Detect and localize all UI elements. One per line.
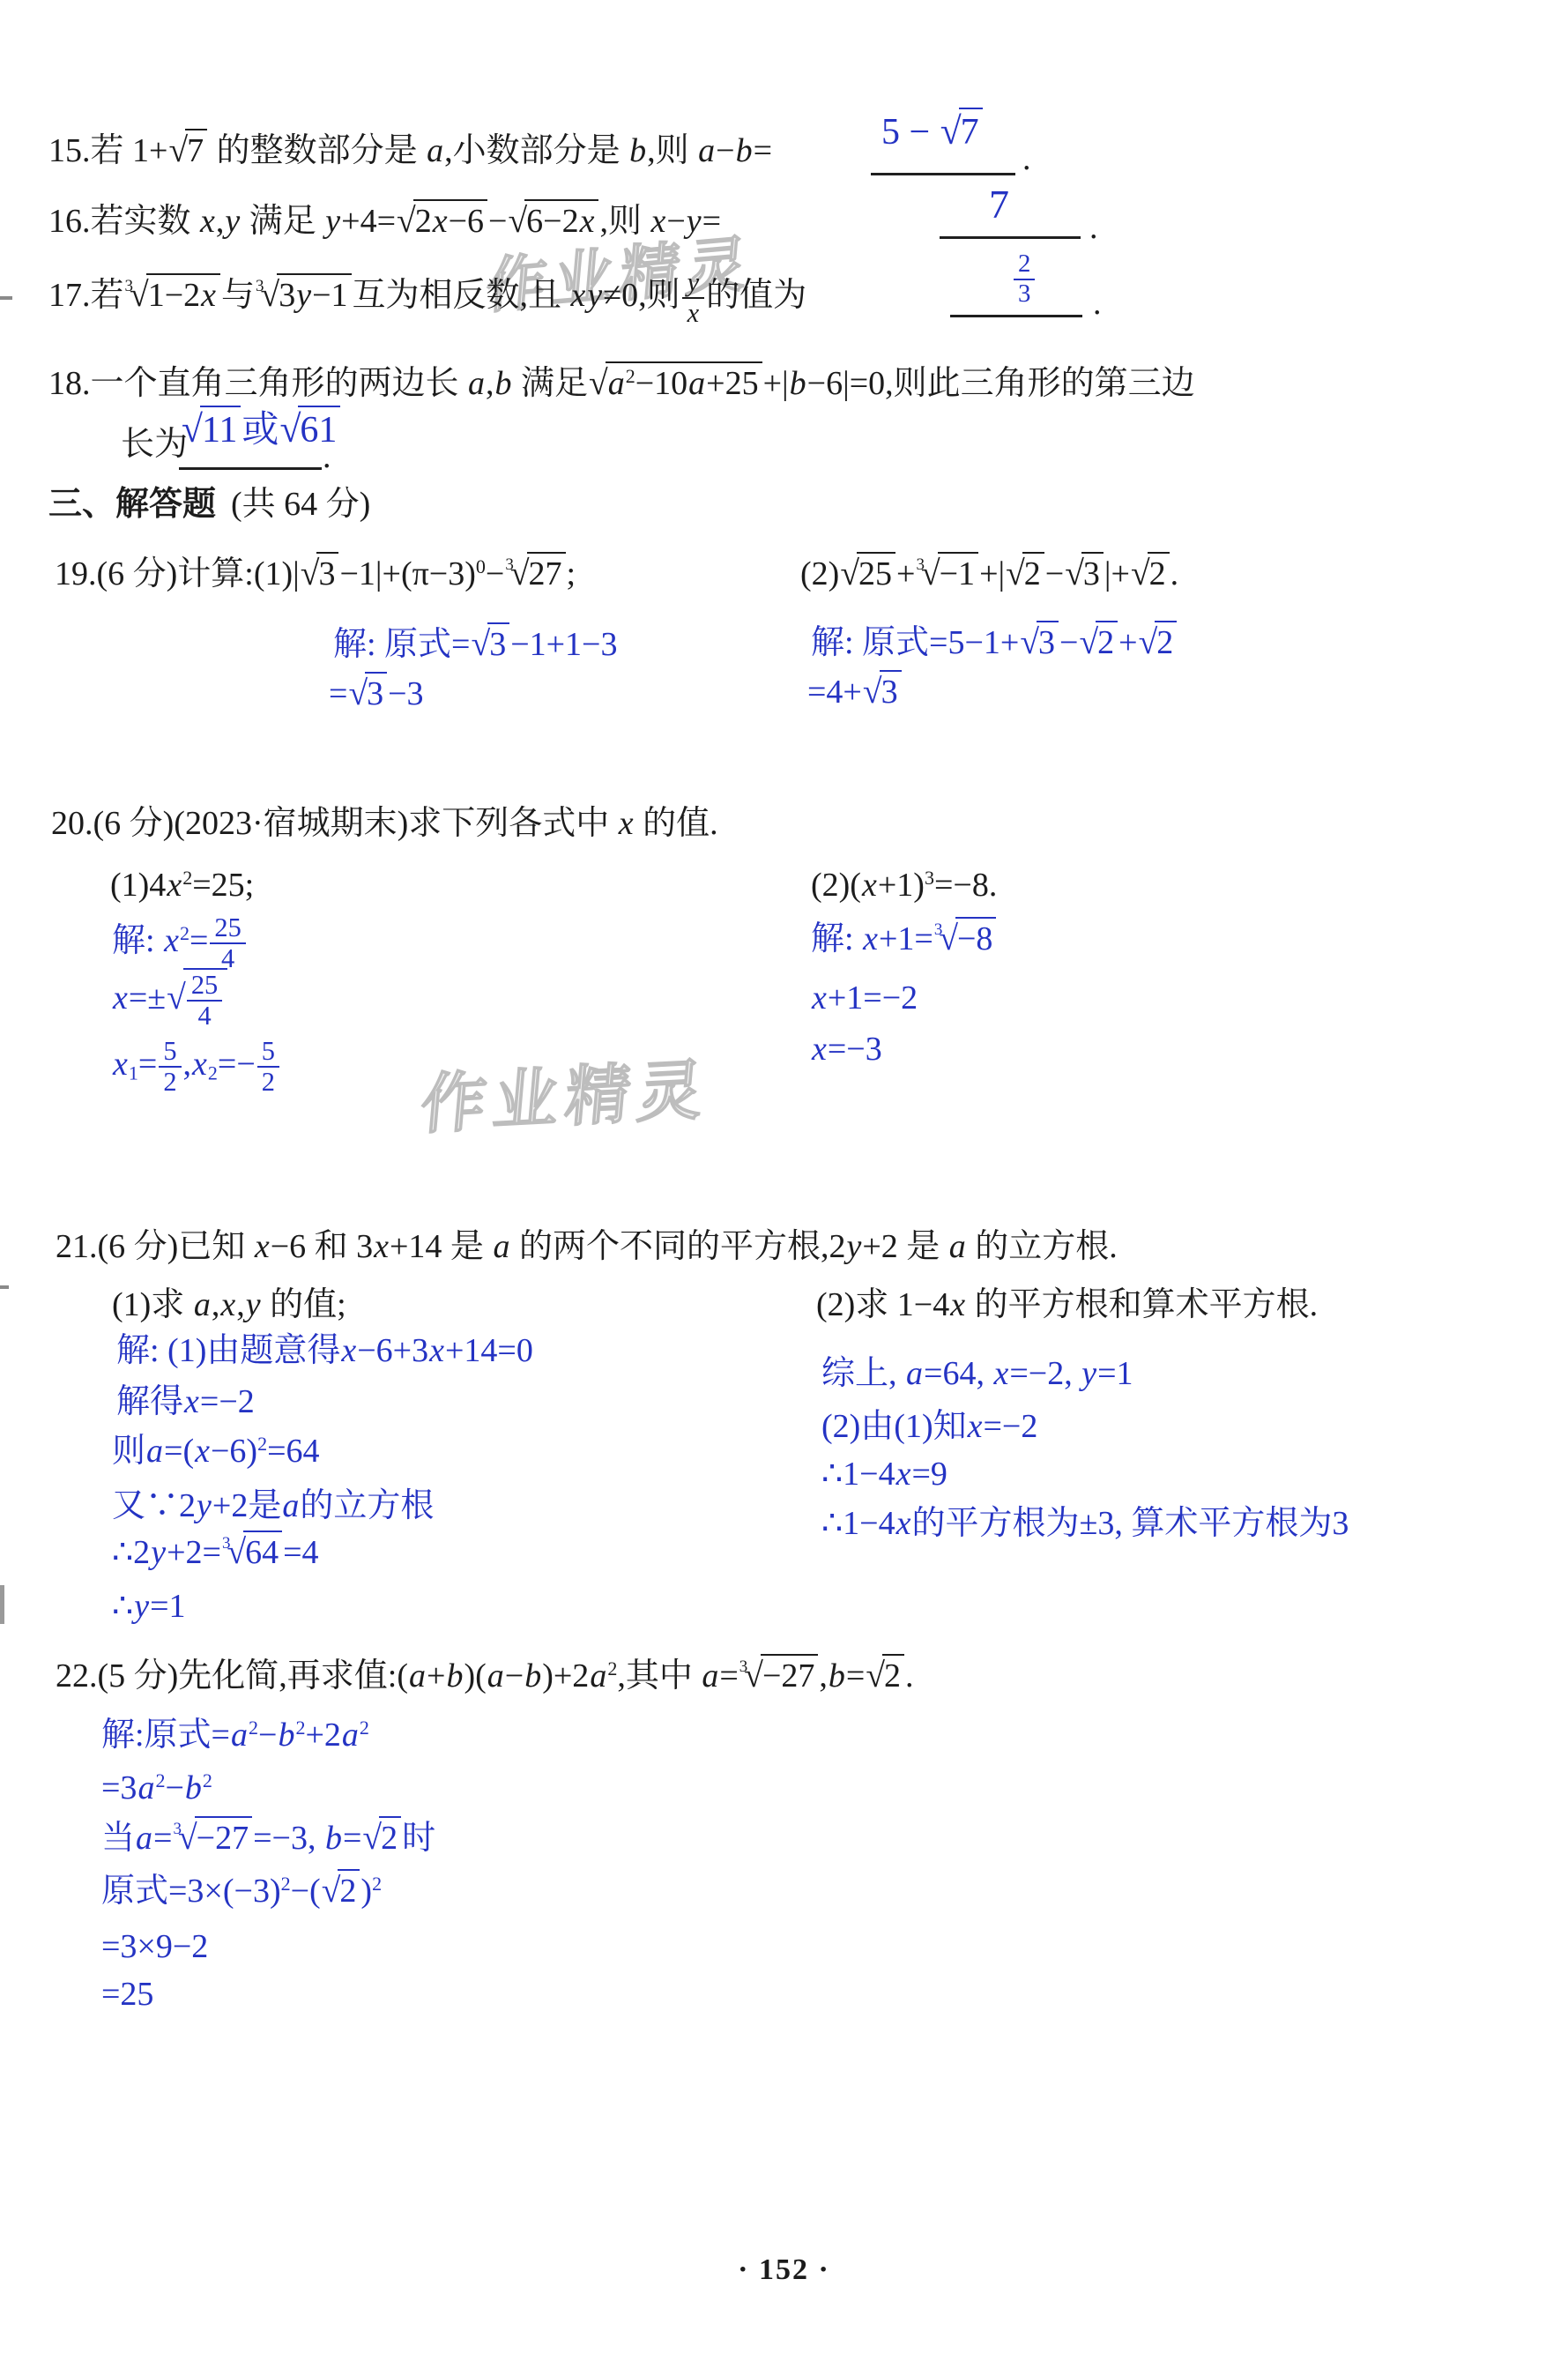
sol-21-2-line2: (2)由(1)知x=−2 xyxy=(821,1407,1037,1448)
sol-19-1-line2: =√3−3 xyxy=(329,672,424,715)
sol-20-1-line1: 解: x2=254 xyxy=(112,913,248,974)
q21-text: 21.(6 分)已知 x−6 和 3x+14 是 a 的两个不同的平方根,2y+… xyxy=(56,1227,1118,1268)
q18-period: . xyxy=(323,437,331,478)
sol-21-2-line3: ∴1−4x=9 xyxy=(821,1455,947,1495)
sol-22-line4: 原式=3×(−3)2−(√2)2 xyxy=(101,1869,382,1912)
sol-21-1-line5: ∴2y+2=3√64=4 xyxy=(112,1531,319,1574)
q18-answer: √11或√61 xyxy=(181,406,341,452)
sol-20-2-line1: 解: x+1=3√−8 xyxy=(811,917,997,960)
q20-text: 20.(6 分)(2023·宿城期末)求下列各式中 x 的值. xyxy=(51,804,718,845)
q16-answer: 7 xyxy=(989,180,1009,228)
sol-21-1-line4: 又∵2y+2是a的立方根 xyxy=(112,1486,434,1527)
sol-22-line6: =25 xyxy=(101,1975,153,2015)
q16-text: 16.若实数 x,y 满足 y+4=√2x−6−√6−2x,则 x−y= xyxy=(48,199,721,242)
q15-period: . xyxy=(1022,139,1031,180)
q21-part1-text: (1)求 a,x,y 的值; xyxy=(112,1285,346,1326)
q17-period: . xyxy=(1093,284,1102,324)
blank-16 xyxy=(940,236,1081,239)
sol-20-2-line2: x+1=−2 xyxy=(811,979,918,1019)
sol-19-2-line1: 解: 原式=5−1+√3−√2+√2 xyxy=(811,621,1178,664)
page-number: · 152 · xyxy=(0,2253,1568,2287)
sol-22-line3: 当a=3√−27=−3, b=√2时 xyxy=(101,1816,435,1859)
q16-period: . xyxy=(1089,208,1098,249)
q17-answer: 23 xyxy=(1012,250,1037,308)
sol-21-1-line2: 解得x=−2 xyxy=(116,1382,255,1423)
q22-text: 22.(5 分)先化简,再求值:(a+b)(a−b)+2a2,其中 a=3√−2… xyxy=(56,1654,914,1697)
q18-text-line1: 18.一个直角三角形的两边长 a,b 满足√a2−10a+25+|b−6|=0,… xyxy=(48,361,1195,405)
sol-22-line5: =3×9−2 xyxy=(101,1927,208,1968)
sol-20-1-line3: x1=52,x2=−52 xyxy=(112,1037,281,1098)
q21-part2-text: (2)求 1−4x 的平方根和算术平方根. xyxy=(816,1285,1318,1326)
watermark: 作业精灵 xyxy=(418,1038,715,1147)
scan-artifact xyxy=(0,296,12,300)
q17-text: 17.若3√1−2x与3√3y−1互为相反数,且 xy≠0,则yx的值为 xyxy=(48,268,806,329)
q20-part1-text: (1)4x2=25; xyxy=(110,866,254,906)
blank-18 xyxy=(179,467,322,470)
sol-21-1-line6: ∴y=1 xyxy=(112,1587,186,1627)
scan-artifact xyxy=(0,1585,4,1624)
q15-text: 15.若 1+√7 的整数部分是 a,小数部分是 b,则 a−b= xyxy=(48,129,772,172)
sol-19-2-line2: =4+√3 xyxy=(807,670,903,713)
q18-text-line2: 长为 xyxy=(121,425,188,465)
sol-21-2-line4: ∴1−4x的平方根为±3, 算术平方根为3 xyxy=(821,1504,1349,1545)
sol-21-1-line3: 则a=(x−6)2=64 xyxy=(112,1432,320,1472)
blank-17 xyxy=(950,315,1082,317)
q19-text: 19.(6 分)计算:(1)|√3−1|+(π−3)0−3√27; xyxy=(55,552,576,595)
sol-21-1-line1: 解: (1)由题意得x−6+3x+14=0 xyxy=(116,1331,533,1372)
sol-20-1-line2: x=±√254 xyxy=(112,968,228,1032)
sol-21-2-line1: 综上, a=64, x=−2, y=1 xyxy=(821,1354,1133,1395)
blank-15 xyxy=(871,173,1015,175)
scan-artifact xyxy=(0,1285,9,1289)
section-3-points: (共 64 分) xyxy=(231,485,370,525)
q20-part2-text: (2)(x+1)3=−8. xyxy=(811,866,997,906)
sol-20-2-line3: x=−3 xyxy=(811,1030,882,1070)
q19-part2-text: (2)√25+3√−1+|√2−√3|+√2. xyxy=(800,552,1178,595)
section-3-title: 三、解答题 xyxy=(48,485,216,525)
sol-19-1-line1: 解: 原式=√3−1+1−3 xyxy=(333,622,617,666)
sol-22-line2: =3a2−b2 xyxy=(101,1769,212,1809)
q15-answer: 5 − √7 xyxy=(881,108,984,154)
workbook-page: 作业精灵 作业精灵 15.若 1+√7 的整数部分是 a,小数部分是 b,则 a… xyxy=(0,0,1568,2361)
sol-22-line1: 解:原式=a2−b2+2a2 xyxy=(101,1716,369,1756)
